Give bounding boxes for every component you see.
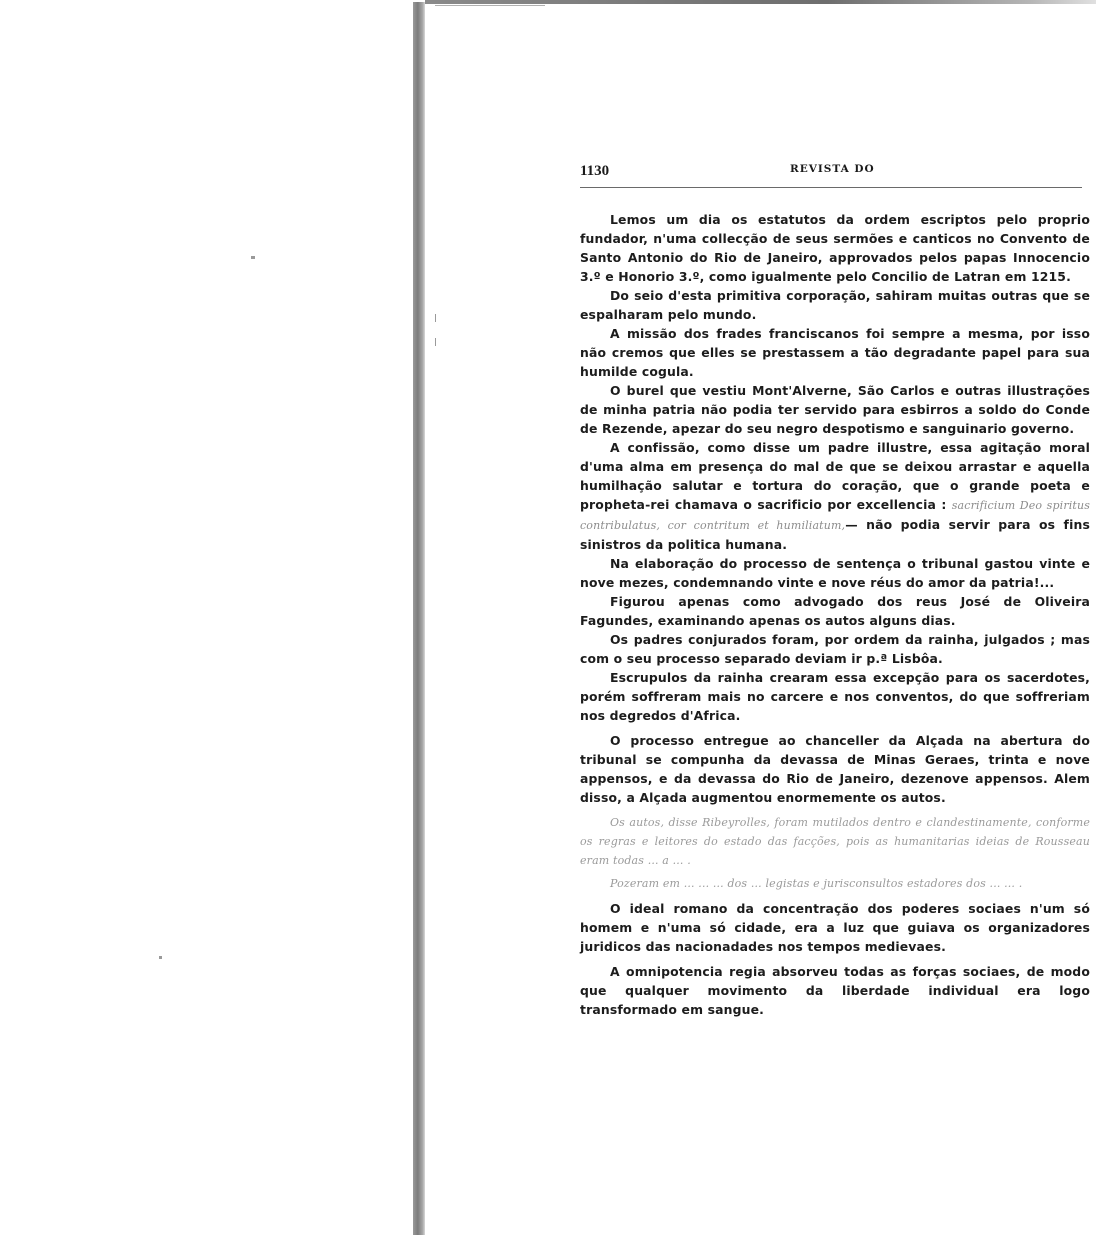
paragraph: Do seio d'esta primitiva corporação, sah… <box>580 286 1090 324</box>
italic-quote-block: Os autos, disse Ribeyrolles, foram mutil… <box>580 813 1090 893</box>
page-number: 1130 <box>580 163 609 180</box>
page-top-edge <box>425 0 1096 4</box>
paragraph: Na elaboração do processo de sentença o … <box>580 554 1090 592</box>
paragraph: O burel que vestiu Mont'Alverne, São Car… <box>580 381 1090 438</box>
scan-speck <box>159 956 162 959</box>
italic-paragraph: Os autos, disse Ribeyrolles, foram mutil… <box>580 813 1090 870</box>
paragraph: A omnipotencia regia absorveu todas as f… <box>580 962 1090 1019</box>
paragraph: Figurou apenas como advogado dos reus Jo… <box>580 592 1090 630</box>
paragraph: O processo entregue ao chanceller da Alç… <box>580 731 1090 807</box>
paragraph: Os padres conjurados foram, por ordem da… <box>580 630 1090 668</box>
running-head: 1130 REVISTA DO <box>580 163 1090 183</box>
header-rule <box>580 187 1082 188</box>
paragraph: O ideal romano da concentração dos poder… <box>580 899 1090 956</box>
page-top-edge-line <box>435 5 545 6</box>
book-page: 1130 REVISTA DO Lemos um dia os estatuto… <box>580 163 1090 1019</box>
scan-speck <box>435 314 436 322</box>
book-binding-edge <box>413 2 425 1235</box>
italic-paragraph: Pozeram em ... ... ... dos ... legistas … <box>580 874 1090 893</box>
scan-speck <box>435 338 436 346</box>
paragraph: A missão dos frades franciscanos foi sem… <box>580 324 1090 381</box>
running-title: REVISTA DO <box>790 163 875 175</box>
scan-speck <box>251 256 255 259</box>
paragraph-confession: A confissão, como disse um padre illustr… <box>580 438 1090 554</box>
paragraph: Lemos um dia os estatutos da ordem escri… <box>580 210 1090 286</box>
body-text: Lemos um dia os estatutos da ordem escri… <box>580 210 1090 1019</box>
paragraph: Escrupulos da rainha crearam essa excepç… <box>580 668 1090 725</box>
